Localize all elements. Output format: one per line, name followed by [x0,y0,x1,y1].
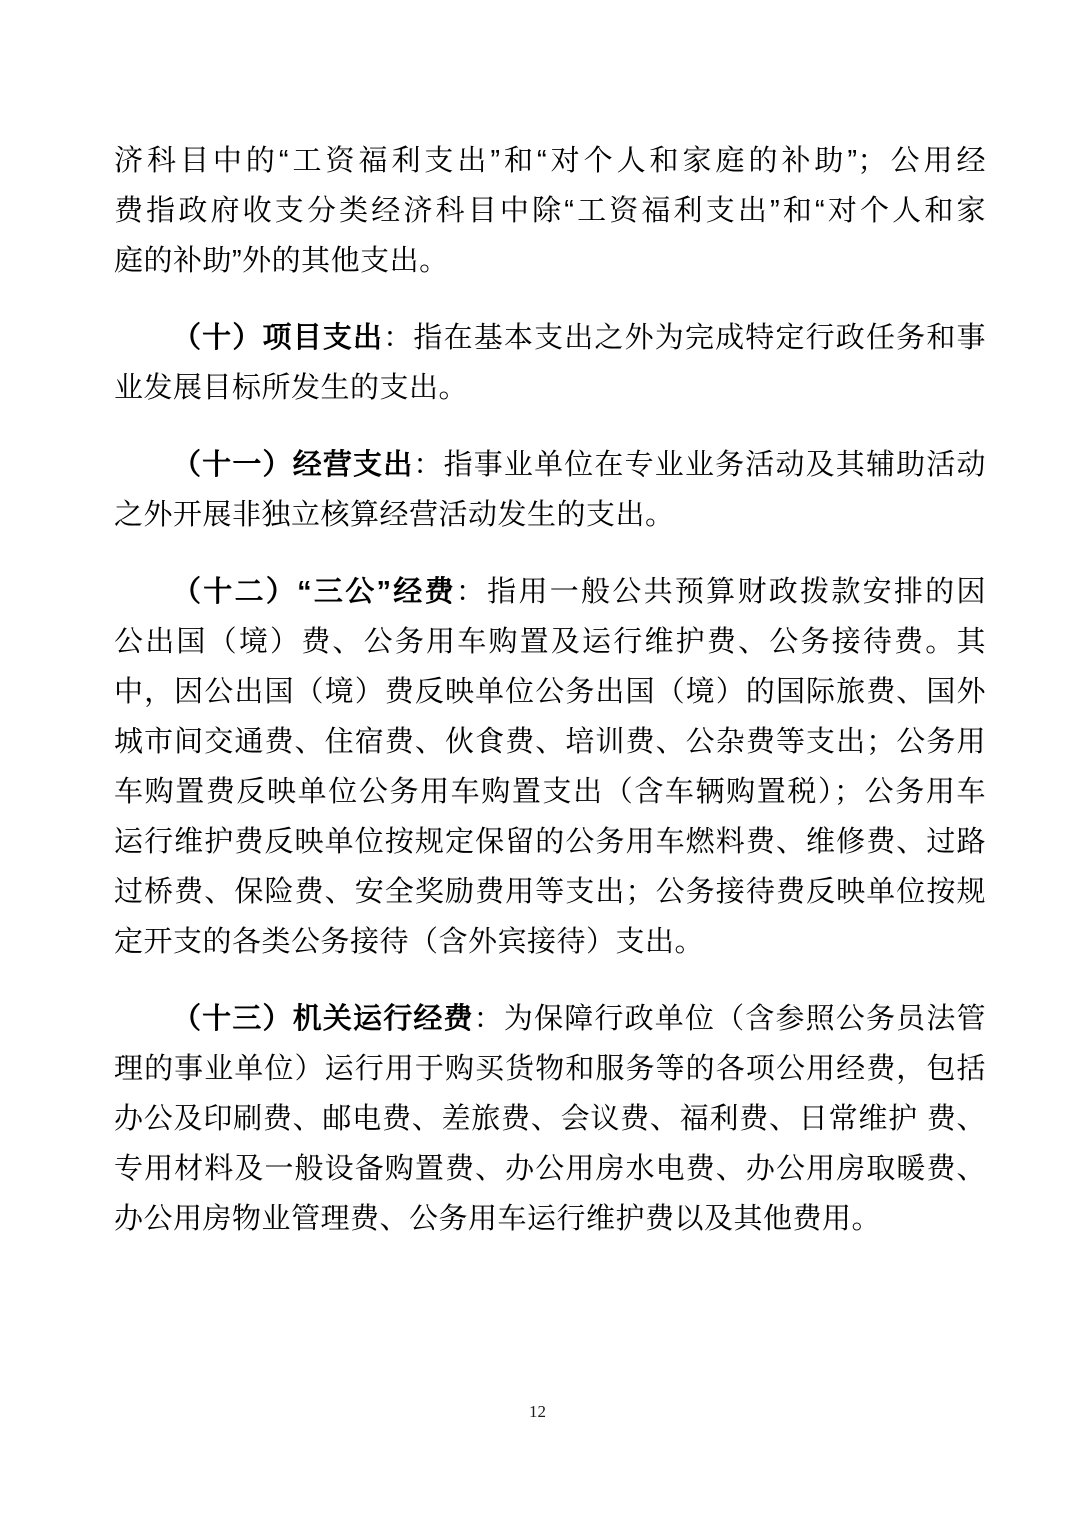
body-text: 庭的补助”外的其他支出。 [114,245,449,277]
text-line: 办公及印刷费、邮电费、差旅费、会议费、福利费、日常维护 费、 [114,1094,986,1144]
body-text: 济科目中的“工资福利支出”和“对个人和家庭的补助”；公用经 [114,145,986,177]
text-line: 城市间交通费、住宿费、伙食费、培训费、公杂费等支出；公务用 [114,717,986,767]
text-line: 之外开展非独立核算经营活动发生的支出。 [114,490,986,540]
text-line: 车购置费反映单位公务用车购置支出（含车辆购置税）；公务用车 [114,767,986,817]
para-12-three-public-funds: （十二）“三公”经费：指用一般公共预算财政拨款安排的因公出国（境）费、公务用车购… [114,567,986,967]
para-11-operating-expense: （十一）经营支出：指事业单位在专业业务活动及其辅助活动之外开展非独立核算经营活动… [114,440,986,540]
body-text: 过桥费、保险费、安全奖励费用等支出；公务接待费反映单位按规 [114,876,986,908]
text-line: （十三）机关运行经费：为保障行政单位（含参照公务员法管 [114,994,986,1044]
body-text: 之外开展非独立核算经营活动发生的支出。 [114,499,675,531]
body-text: ：指事业单位在专业业务活动及其辅助活动 [413,449,986,481]
term-label: （十）项目支出 [172,322,383,354]
body-text: ：为保障行政单位（含参照公务员法管 [474,1003,986,1035]
text-line: 过桥费、保险费、安全奖励费用等支出；公务接待费反映单位按规 [114,867,986,917]
para-10-project-expense: （十）项目支出：指在基本支出之外为完成特定行政任务和事业发展目标所发生的支出。 [114,313,986,413]
text-line: （十二）“三公”经费：指用一般公共预算财政拨款安排的因 [114,567,986,617]
text-line: 费指政府收支分类经济科目中除“工资福利支出”和“对个人和家 [114,186,986,236]
text-line: 定开支的各类公务接待（含外宾接待）支出。 [114,917,986,967]
body-text: 车购置费反映单位公务用车购置支出（含车辆购置税）；公务用车 [114,776,986,808]
text-line: 运行维护费反映单位按规定保留的公务用车燃料费、维修费、过路 [114,817,986,867]
text-line: 业发展目标所发生的支出。 [114,363,986,413]
body-text: 定开支的各类公务接待（含外宾接待）支出。 [114,926,704,958]
para-basic-expense-continuation: 济科目中的“工资福利支出”和“对个人和家庭的补助”；公用经费指政府收支分类经济科… [114,136,986,286]
body-text: 运行维护费反映单位按规定保留的公务用车燃料费、维修费、过路 [114,826,986,858]
para-13-agency-operating-funds: （十三）机关运行经费：为保障行政单位（含参照公务员法管理的事业单位）运行用于购买… [114,994,986,1244]
body-text: 中，因公出国（境）费反映单位公务出国（境）的国际旅费、国外 [114,676,986,708]
body-text: 专用材料及一般设备购置费、办公用房水电费、办公用房取暖费、 [114,1153,986,1185]
text-line: 办公用房物业管理费、公务用车运行维护费以及其他费用。 [114,1194,986,1244]
body-text: 费指政府收支分类经济科目中除“工资福利支出”和“对个人和家 [114,195,986,227]
body-text: 办公及印刷费、邮电费、差旅费、会议费、福利费、日常维护 费、 [114,1103,986,1135]
body-text: 理的事业单位）运行用于购买货物和服务等的各项公用经费，包括 [114,1053,986,1085]
text-line: 专用材料及一般设备购置费、办公用房水电费、办公用房取暖费、 [114,1144,986,1194]
text-line: （十）项目支出：指在基本支出之外为完成特定行政任务和事 [114,313,986,363]
text-line: 公出国（境）费、公务用车购置及运行维护费、公务接待费。其 [114,617,986,667]
document-body: 济科目中的“工资福利支出”和“对个人和家庭的补助”；公用经费指政府收支分类经济科… [114,136,986,1244]
body-text: 城市间交通费、住宿费、伙食费、培训费、公杂费等支出；公务用 [114,726,986,758]
text-line: 庭的补助”外的其他支出。 [114,236,986,286]
body-text: 办公用房物业管理费、公务用车运行维护费以及其他费用。 [114,1203,881,1235]
body-text: ：指在基本支出之外为完成特定行政任务和事 [383,322,986,354]
term-label: （十一）经营支出 [172,449,413,481]
term-label: （十三）机关运行经费 [172,1003,474,1035]
page-number: 12 [0,1401,1075,1423]
text-line: 中，因公出国（境）费反映单位公务出国（境）的国际旅费、国外 [114,667,986,717]
body-text: 业发展目标所发生的支出。 [114,372,468,404]
text-line: 理的事业单位）运行用于购买货物和服务等的各项公用经费，包括 [114,1044,986,1094]
document-page: 济科目中的“工资福利支出”和“对个人和家庭的补助”；公用经费指政府收支分类经济科… [0,0,1075,1521]
body-text: 公出国（境）费、公务用车购置及运行维护费、公务接待费。其 [114,626,986,658]
term-label: （十二）“三公”经费 [172,576,456,608]
body-text: ：指用一般公共预算财政拨款安排的因 [456,576,986,608]
text-line: 济科目中的“工资福利支出”和“对个人和家庭的补助”；公用经 [114,136,986,186]
text-line: （十一）经营支出：指事业单位在专业业务活动及其辅助活动 [114,440,986,490]
